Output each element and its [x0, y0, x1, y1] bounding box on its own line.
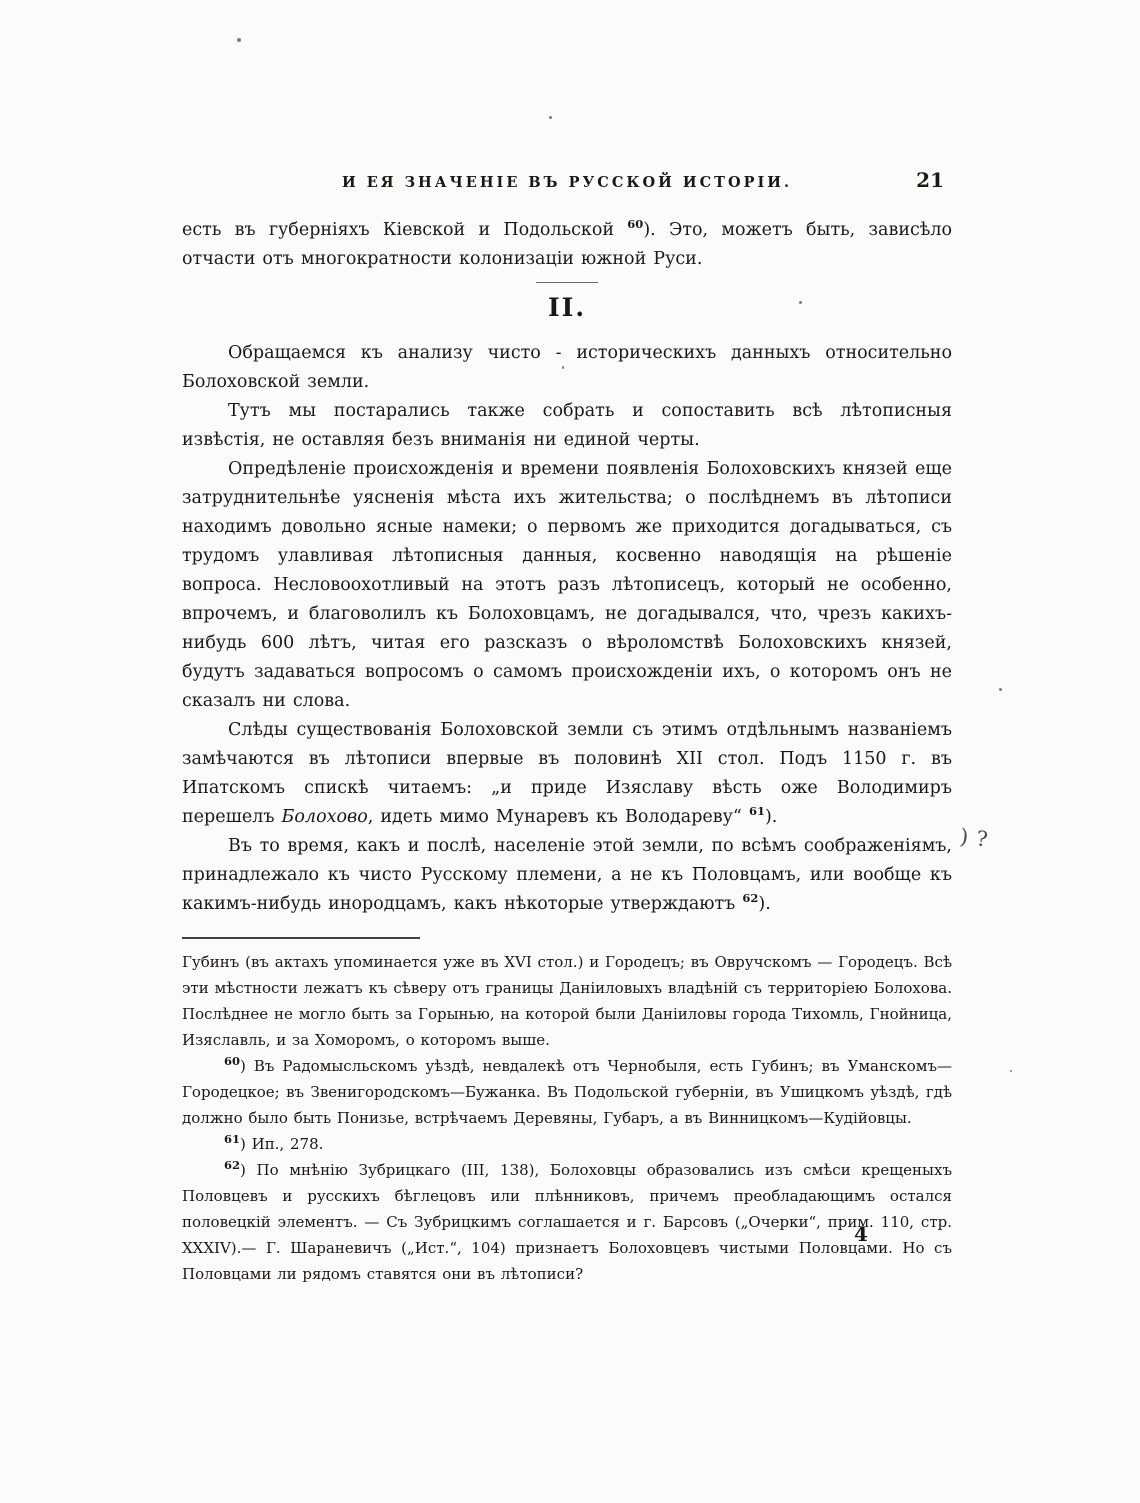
- section-heading: II.: [182, 293, 952, 323]
- body-text: есть въ губерніяхъ Кіевской и Подольской…: [182, 216, 952, 1287]
- text-column: И ЕЯ ЗНАЧЕНІЕ ВЪ РУССКОЙ ИСТОРІИ. 21 ест…: [182, 172, 952, 1287]
- footnote-text: ) Ип., 278.: [240, 1135, 323, 1153]
- section-divider: [182, 282, 952, 285]
- handwritten-margin-annotation: ) ?: [959, 822, 990, 854]
- running-header: И ЕЯ ЗНАЧЕНІЕ ВЪ РУССКОЙ ИСТОРІИ. 21: [182, 172, 952, 202]
- ink-speck: [562, 366, 564, 369]
- footnote-ref-62: 62: [742, 891, 758, 905]
- footnote-separator-rule: [182, 937, 420, 939]
- paragraph: Обращаемся къ анализу чисто - историческ…: [182, 339, 952, 397]
- paragraph: Тутъ мы постарались также собрать и сопо…: [182, 397, 952, 455]
- final-paragraph: Въ то время, какъ и послѣ, населеніе это…: [182, 832, 952, 919]
- footnote-number-60: 60: [224, 1054, 240, 1068]
- divider-dash: [536, 282, 598, 283]
- paragraph-with-chronicle-quote: Слѣды существованія Болоховской земли съ…: [182, 716, 952, 832]
- italic-place-name: Болохово: [282, 807, 368, 827]
- footnote-62: 62) По мнѣнію Зубрицкаго (III, 138), Бол…: [182, 1157, 952, 1287]
- paragraph-text: ).: [765, 807, 777, 827]
- paragraph: Опредѣленіе происхожденія и времени появ…: [182, 455, 952, 716]
- paragraph-text: есть въ губерніяхъ Кіевской и Подольской: [182, 220, 627, 240]
- ink-speck: [999, 688, 1002, 691]
- footnote-61: 61) Ип., 278.: [182, 1131, 952, 1157]
- footnote-text: ) Въ Радомысльскомъ уѣздѣ, невдалекѣ отъ…: [182, 1057, 952, 1127]
- book-page-scan: И ЕЯ ЗНАЧЕНІЕ ВЪ РУССКОЙ ИСТОРІИ. 21 ест…: [0, 0, 1140, 1503]
- footnote-ref-60: 60: [627, 217, 643, 231]
- page-number: 21: [916, 168, 944, 192]
- footnote-text: ) По мнѣнію Зубрицкаго (III, 138), Болох…: [182, 1161, 952, 1283]
- paragraph-text: , идеть мимо Мунаревъ къ Володареву“: [368, 807, 749, 827]
- running-header-title: И ЕЯ ЗНАЧЕНІЕ ВЪ РУССКОЙ ИСТОРІИ.: [342, 174, 792, 191]
- footnote-ref-61: 61: [749, 804, 765, 818]
- ink-speck: [549, 116, 552, 119]
- paragraph-text: Въ то время, какъ и послѣ, населеніе это…: [182, 836, 952, 914]
- ink-speck: [1010, 1070, 1012, 1072]
- ink-speck: [237, 38, 241, 42]
- paragraph-text: ).: [758, 894, 770, 914]
- footnote-continuation: Губинъ (въ актахъ упоминается уже въ XVI…: [182, 949, 952, 1053]
- footnote-60: 60) Въ Радомысльскомъ уѣздѣ, невдалекѣ о…: [182, 1053, 952, 1131]
- continuation-paragraph: есть въ губерніяхъ Кіевской и Подольской…: [182, 216, 952, 274]
- footnotes-section: Губинъ (въ актахъ упоминается уже въ XVI…: [182, 949, 952, 1287]
- ink-speck: [799, 301, 802, 304]
- footnote-number-61: 61: [224, 1132, 240, 1146]
- footnote-number-62: 62: [224, 1158, 240, 1172]
- signature-mark: 4: [854, 1222, 868, 1246]
